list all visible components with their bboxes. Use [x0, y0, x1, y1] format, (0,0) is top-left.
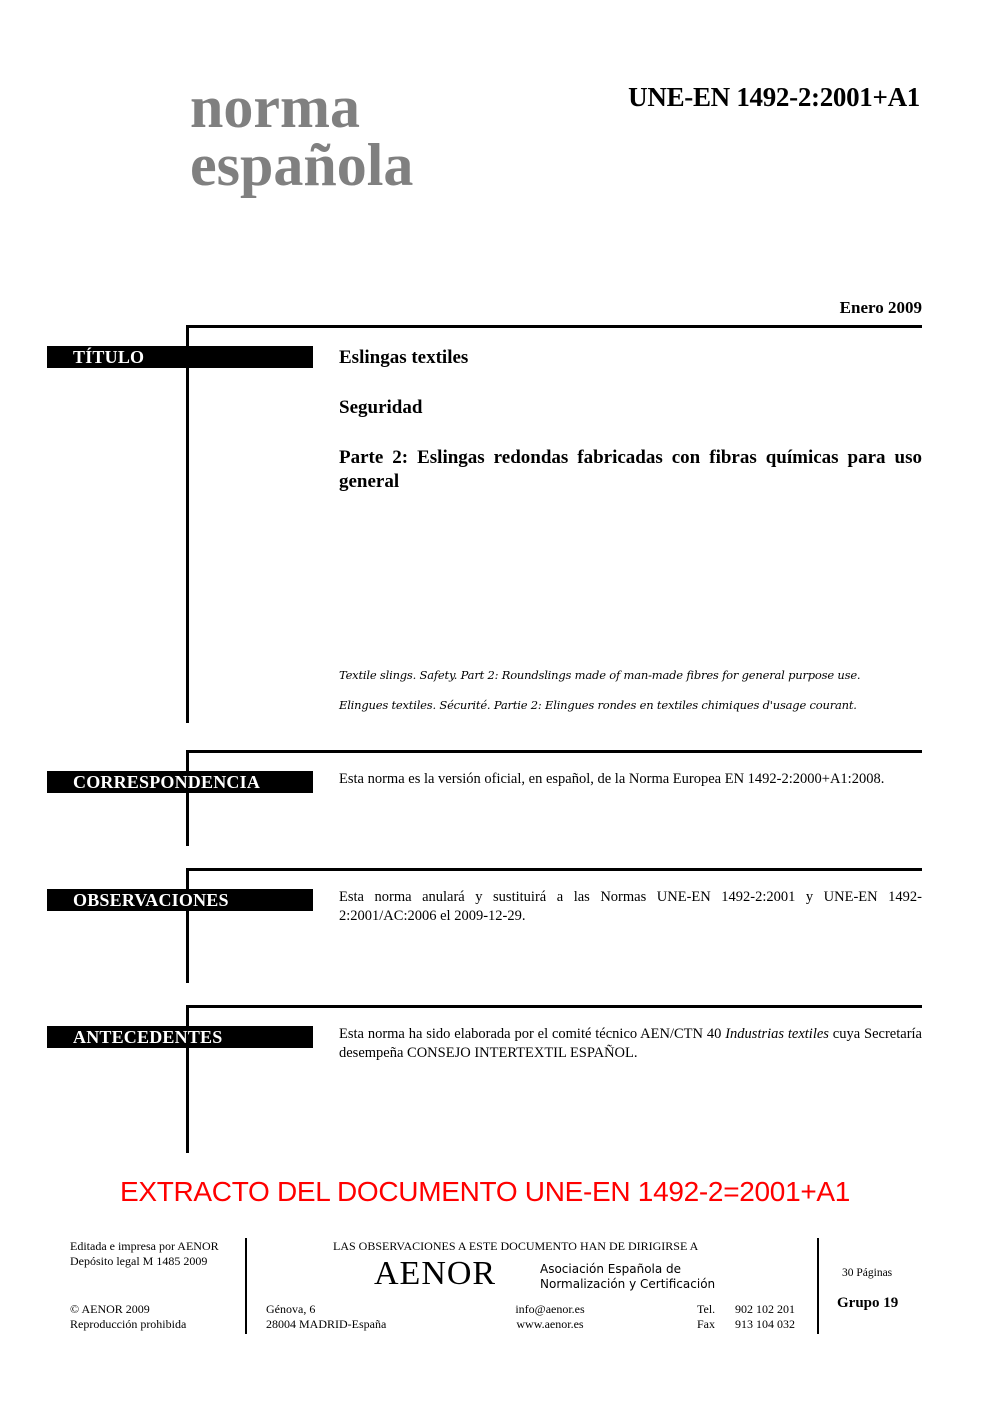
brand-line-1: norma	[190, 78, 413, 136]
standard-code: UNE-EN 1492-2:2001+A1	[628, 82, 920, 113]
aenor-org-line-2: Normalización y Certificación	[540, 1277, 715, 1292]
section-label-observaciones: OBSERVACIONES	[47, 889, 313, 911]
footer-tel-label: Tel.	[697, 1302, 715, 1317]
footer-divider-left	[245, 1238, 247, 1334]
title-translation-en: Textile slings. Safety. Part 2: Roundsli…	[339, 668, 860, 682]
antecedentes-committee-name: Industrias textiles	[725, 1026, 829, 1042]
section-rule-correspondencia	[186, 750, 189, 846]
section-rule-observaciones	[186, 868, 189, 983]
footer-contact-web: info@aenor.es www.aenor.es	[510, 1302, 590, 1332]
aenor-org-line-1: Asociación Española de	[540, 1262, 715, 1277]
footer-group: Grupo 19	[837, 1296, 898, 1311]
antecedentes-text: Esta norma ha sido elaborada por el comi…	[339, 1025, 922, 1063]
publication-date: Enero 2009	[840, 298, 922, 318]
footer-phone-numbers: 902 102 201 913 104 032	[735, 1302, 795, 1332]
footer-deposito: Depósito legal M 1485 2009	[70, 1254, 219, 1269]
section-label-correspondencia: CORRESPONDENCIA	[47, 771, 313, 793]
section-divider-correspondencia	[187, 750, 922, 753]
footer-email-link[interactable]: info@aenor.es	[510, 1302, 590, 1317]
footer-publisher: Editada e impresa por AENOR Depósito leg…	[70, 1239, 219, 1269]
footer-rights: © AENOR 2009 Reproducción prohibida	[70, 1302, 186, 1332]
footer-pages: 30 Páginas	[842, 1266, 892, 1281]
brand-title: norma española	[190, 78, 413, 194]
footer-tel: 902 102 201	[735, 1302, 795, 1317]
section-label-antecedentes: ANTECEDENTES	[47, 1026, 313, 1048]
section-divider-observaciones	[187, 868, 922, 871]
correspondencia-text: Esta norma es la versión oficial, en esp…	[339, 770, 922, 789]
footer-divider-right	[817, 1238, 819, 1334]
brand-line-2: española	[190, 136, 413, 194]
footer-address-line-1: Génova, 6	[266, 1302, 386, 1317]
title-line-3: Parte 2: Eslingas redondas fabricadas co…	[339, 446, 922, 494]
footer-fax: 913 104 032	[735, 1317, 795, 1332]
footer-copyright: © AENOR 2009	[70, 1302, 186, 1317]
observaciones-text: Esta norma anulará y sustituirá a las No…	[339, 888, 922, 926]
aenor-logo: AENOR	[374, 1255, 496, 1293]
footer-address: Génova, 6 28004 MADRID-España	[266, 1302, 386, 1332]
title-line-1: Eslingas textiles	[339, 346, 922, 370]
footer-observations-note: LAS OBSERVACIONES A ESTE DOCUMENTO HAN D…	[333, 1239, 698, 1254]
footer-phone-labels: Tel. Fax	[697, 1302, 715, 1332]
section-divider-antecedentes	[187, 1005, 922, 1008]
extract-watermark: EXTRACTO DEL DOCUMENTO UNE-EN 1492-2=200…	[0, 1176, 970, 1208]
footer-fax-label: Fax	[697, 1317, 715, 1332]
title-line-2: Seguridad	[339, 396, 922, 420]
aenor-organization: Asociación Española de Normalización y C…	[540, 1262, 715, 1292]
title-translation-fr: Elingues textiles. Sécurité. Partie 2: E…	[339, 698, 857, 712]
section-divider-titulo	[187, 325, 922, 328]
footer-reproduction: Reproducción prohibida	[70, 1317, 186, 1332]
footer-web-link[interactable]: www.aenor.es	[510, 1317, 590, 1332]
antecedentes-text-start: Esta norma ha sido elaborada por el comi…	[339, 1026, 725, 1042]
section-label-titulo: TÍTULO	[47, 346, 313, 368]
footer-address-line-2: 28004 MADRID-España	[266, 1317, 386, 1332]
footer-edited: Editada e impresa por AENOR	[70, 1239, 219, 1254]
section-rule-titulo	[186, 325, 189, 723]
